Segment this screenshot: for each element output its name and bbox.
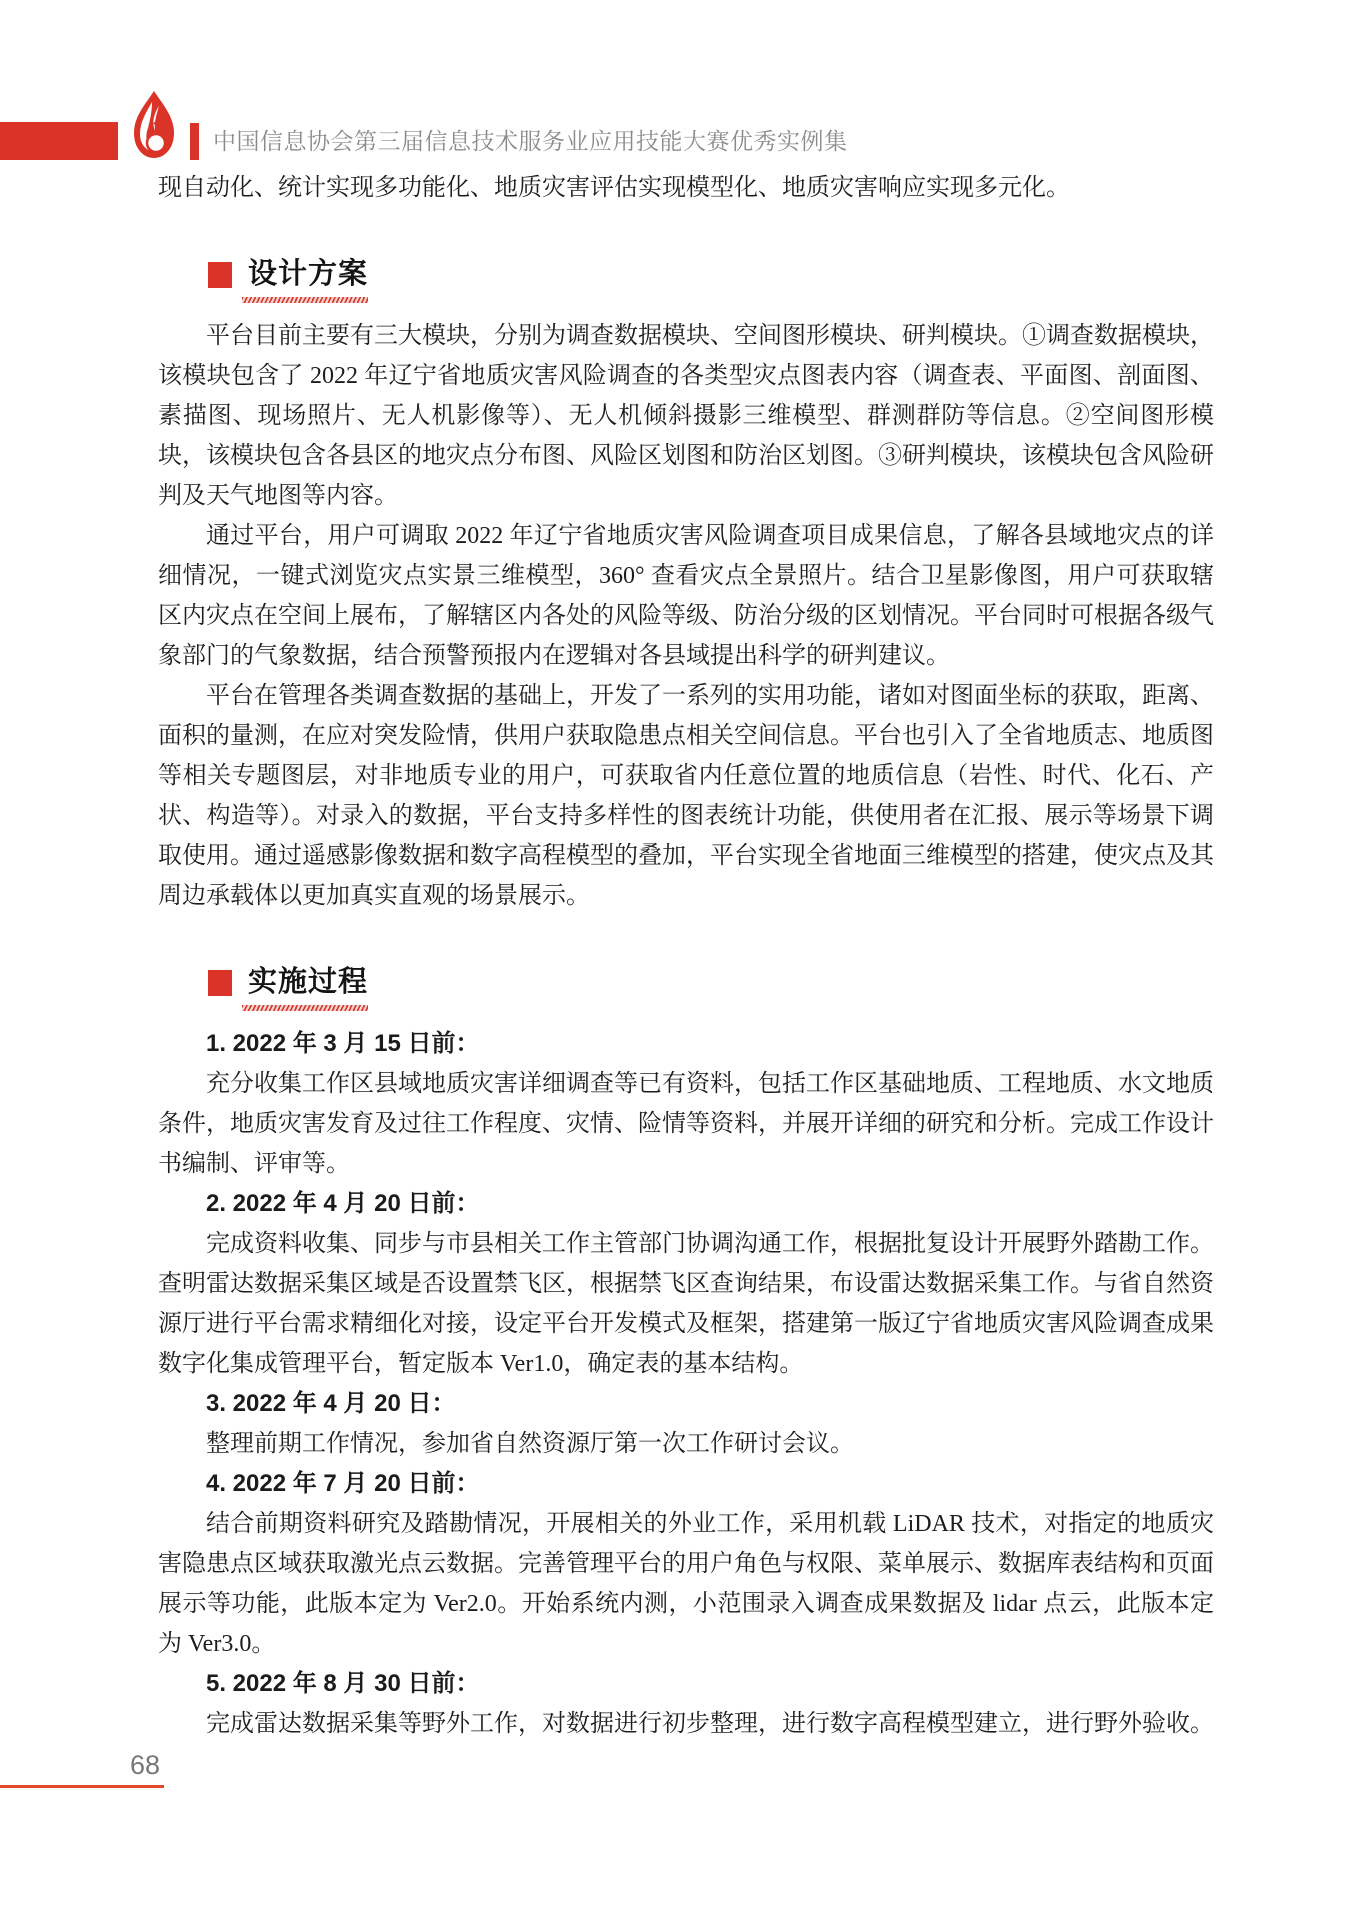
header-left-red-bar — [0, 122, 118, 160]
page-number: 68 — [130, 1750, 160, 1781]
document-body: 现自动化、统计实现多功能化、地质灾害评估实现模型化、地质灾害响应实现多元化。 设… — [158, 160, 1214, 1744]
footer-rule — [0, 1785, 164, 1788]
heading-hatch-underline — [242, 1005, 368, 1011]
step-paragraph: 结合前期资料研究及踏勘情况，开展相关的外业工作，采用机载 LiDAR 技术，对指… — [158, 1504, 1214, 1664]
section-title: 实施过程 — [248, 964, 368, 1000]
step-subheading: 1. 2022 年 3 月 15 日前： — [158, 1024, 1214, 1064]
step-subheading: 3. 2022 年 4 月 20 日： — [158, 1384, 1214, 1424]
step-paragraph: 完成资料收集、同步与市县相关工作主管部门协调沟通工作，根据批复设计开展野外踏勘工… — [158, 1224, 1214, 1384]
page-header: CIIA 中国信息协会第三届信息技术服务业应用技能大赛优秀实例集 — [0, 0, 1361, 160]
heading-square-icon — [208, 970, 232, 996]
body-paragraph: 平台目前主要有三大模块，分别为调查数据模块、空间图形模块、研判模块。①调查数据模… — [158, 316, 1214, 516]
step-paragraph: 完成雷达数据采集等野外工作，对数据进行初步整理，进行数字高程模型建立，进行野外验… — [158, 1704, 1214, 1744]
step-subheading: 4. 2022 年 7 月 20 日前： — [158, 1464, 1214, 1504]
section-heading-design-plan: 设计方案 — [208, 256, 1214, 303]
header-divider-bar — [190, 123, 199, 160]
heading-hatch-underline — [242, 297, 368, 303]
section-heading-implementation: 实施过程 — [208, 964, 1214, 1011]
ciia-flame-logo-icon: CIIA — [128, 90, 180, 160]
body-paragraph: 通过平台，用户可调取 2022 年辽宁省地质灾害风险调查项目成果信息，了解各县域… — [158, 516, 1214, 676]
step-subheading: 5. 2022 年 8 月 30 日前： — [158, 1664, 1214, 1704]
heading-square-icon — [208, 262, 232, 288]
step-paragraph: 充分收集工作区县域地质灾害详细调查等已有资料，包括工作区基础地质、工程地质、水文… — [158, 1064, 1214, 1184]
header-title: 中国信息协会第三届信息技术服务业应用技能大赛优秀实例集 — [213, 127, 848, 155]
step-paragraph: 整理前期工作情况，参加省自然资源厅第一次工作研讨会议。 — [158, 1424, 1214, 1464]
section-title: 设计方案 — [248, 256, 368, 292]
intro-line: 现自动化、统计实现多功能化、地质灾害评估实现模型化、地质灾害响应实现多元化。 — [158, 168, 1214, 208]
body-paragraph: 平台在管理各类调查数据的基础上，开发了一系列的实用功能，诸如对图面坐标的获取，距… — [158, 676, 1214, 916]
step-subheading: 2. 2022 年 4 月 20 日前： — [158, 1184, 1214, 1224]
